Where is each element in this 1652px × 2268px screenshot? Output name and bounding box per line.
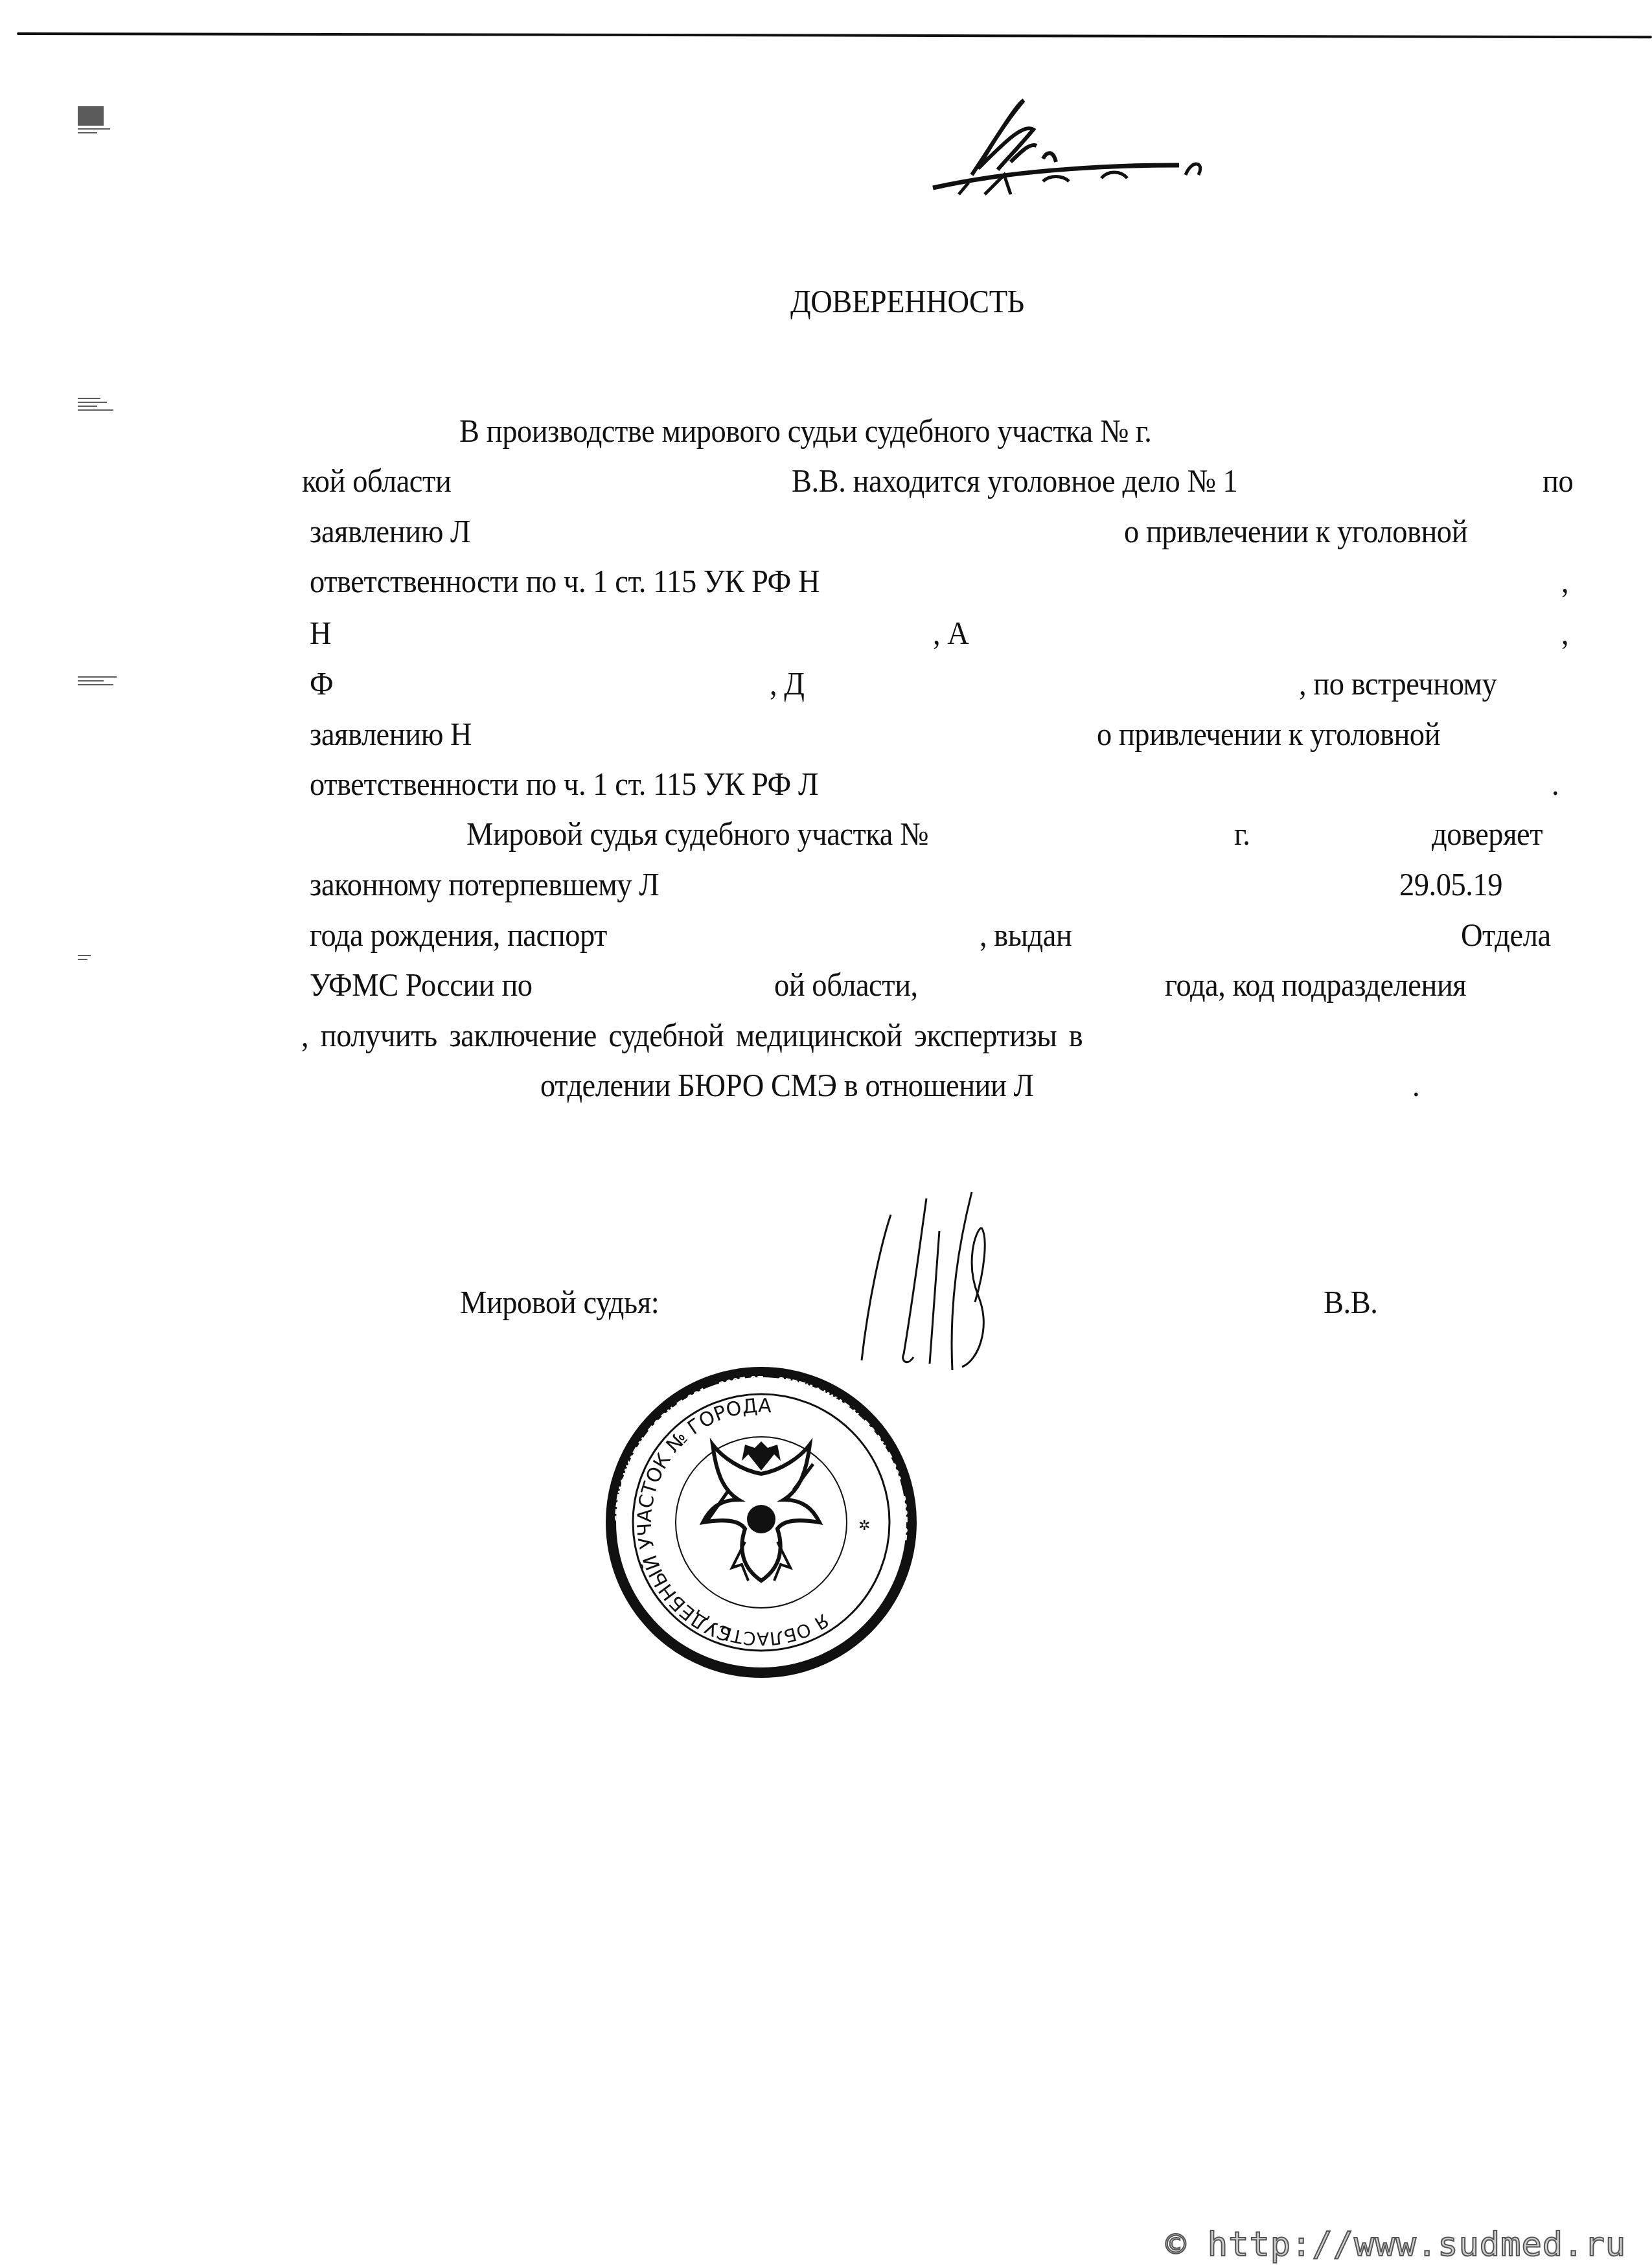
paragraph1-line8-start: ответственности по ч. 1 ст. 115 УК РФ Л	[310, 768, 818, 800]
paragraph1-line8-end: .	[1552, 768, 1559, 800]
paragraph1-line5-start: Н	[310, 617, 331, 649]
paragraph2-line4-end: года, код подразделения	[1165, 968, 1466, 1001]
paragraph2-line6-end: .	[1412, 1069, 1419, 1101]
watermark-link[interactable]: © http://www.sudmed.ru	[1165, 2225, 1626, 2264]
resolution-signature	[926, 97, 1224, 207]
paragraph1-line2-end: по	[1543, 464, 1573, 497]
paragraph2-line2-start: законному потерпевшему Л	[310, 868, 659, 900]
paragraph1-line2-case: В.В. находится уголовное дело № 1	[792, 464, 1237, 497]
paragraph2-line3-mid: , выдан	[980, 919, 1072, 951]
paragraph1-line6-end: , по встречному	[1299, 667, 1497, 700]
paragraph2-line1-start: Мировой судья судебного участка №	[466, 818, 928, 850]
scan-noise-mark	[78, 395, 117, 486]
paragraph2-line3-start: года рождения, паспорт	[310, 919, 607, 951]
paragraph1-line5-end: ,	[1561, 617, 1568, 649]
paragraph2-line1-city: г.	[1234, 818, 1250, 850]
judge-signature	[842, 1192, 1011, 1373]
double-headed-eagle-icon	[703, 1441, 820, 1581]
paragraph1-line5-mid: , А	[933, 617, 969, 649]
document-title: ДОВЕРЕННОСТЬ	[790, 285, 1024, 317]
birth-date: 29.05.19	[1399, 868, 1502, 900]
scan-noise-mark	[78, 104, 117, 188]
paragraph2-line4-mid: ой области,	[774, 968, 918, 1001]
paragraph1-line2-region: кой области	[302, 464, 451, 497]
court-seal-stamp: СЕРТИФИКАТ № ПС RU.П.001 • 2007.07 • СЕР…	[599, 1360, 923, 1684]
paragraph1-line6-start: Ф	[310, 667, 333, 700]
scan-noise-mark	[78, 674, 117, 764]
paragraph1-line7-start: заявлению Н	[310, 718, 472, 750]
paragraph1-line4-end: ,	[1561, 565, 1568, 597]
paragraph1-line1: В производстве мирового судьи судебного …	[459, 415, 1151, 447]
paragraph2-line6-start: отделении БЮРО СМЭ в отношении Л	[540, 1069, 1034, 1101]
paragraph2-line1-end: доверяет	[1432, 818, 1543, 850]
paragraph1-line7-end: о привлечении к уголовной	[1097, 718, 1440, 750]
judge-label: Мировой судья:	[460, 1286, 659, 1318]
paragraph1-line6-mid: , Д	[770, 667, 805, 700]
paragraph1-line3-start: заявлению Л	[310, 515, 470, 547]
paragraph1-line4-start: ответственности по ч. 1 ст. 115 УК РФ Н	[310, 565, 820, 597]
paragraph2-line3-end: Отдела	[1461, 919, 1551, 951]
paragraph1-line3-end: о привлечении к уголовной	[1124, 515, 1467, 547]
judge-initials: В.В.	[1324, 1286, 1377, 1318]
paragraph2-line5: , получить заключение судебной медицинск…	[301, 1019, 1083, 1051]
scan-noise-mark	[78, 952, 117, 978]
asterisk-icon: ✲	[858, 1517, 870, 1533]
scan-edge-line	[17, 32, 1652, 38]
paragraph2-line4-start: УФМС России по	[310, 968, 533, 1001]
